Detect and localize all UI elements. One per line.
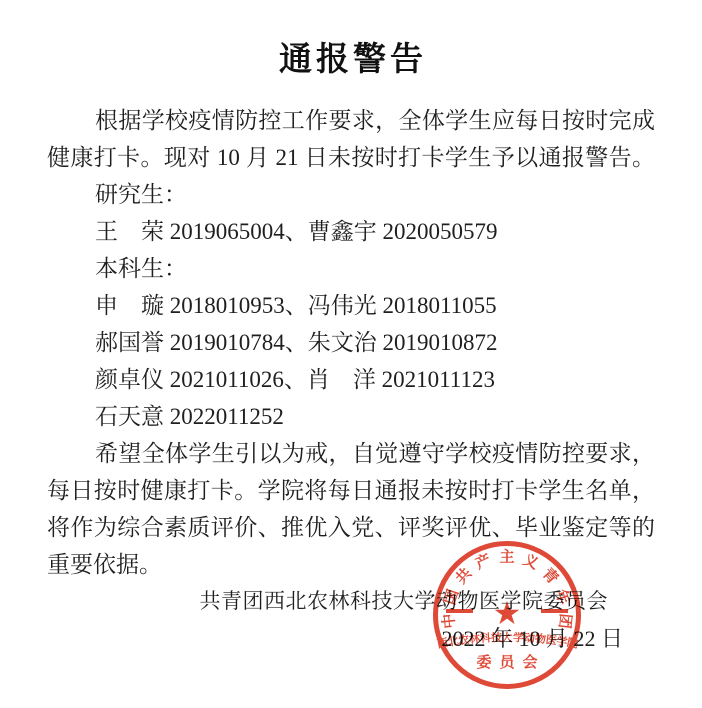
seal-org-char: 农 — [457, 635, 469, 647]
seal-left-bar — [446, 609, 473, 613]
graduate-names: 王 荣 2019065004、曹鑫宇 2020050579 — [47, 213, 655, 250]
official-seal: 中国共产主义青年团 ★ 西北农林科技大学动物医学院 委员会 — [433, 541, 581, 689]
closing-line-1: 希望全体学生引以为戒，自觉遵守学校疫情防控要求， — [47, 435, 655, 472]
seal-arc-char: 产 — [474, 553, 494, 573]
seal-org-char: 动 — [523, 633, 535, 645]
seal-arc-char: 中 — [442, 613, 458, 630]
document-body: 根据学校疫情防控工作要求，全体学生应每日按时完成 健康打卡。现对 10 月 21… — [47, 102, 655, 583]
seal-arc-char: 团 — [555, 613, 571, 630]
seal-org-char: 技 — [490, 633, 501, 644]
closing-line-2: 每日按时健康打卡。学院将每日通报未按时打卡学生名单， — [47, 472, 655, 509]
intro-line-1: 根据学校疫情防控工作要求，全体学生应每日按时完成 — [47, 102, 655, 139]
seal-arc-char: 青 — [539, 566, 560, 587]
seal-org-line1: 西北农林科技大学动物医学院 — [433, 633, 581, 644]
seal-org-char: 林 — [468, 634, 480, 646]
seal-right-bar — [541, 609, 568, 613]
undergraduate-names-4: 石天意 2022011252 — [47, 398, 655, 435]
undergraduate-label: 本科生： — [47, 250, 655, 287]
intro-line-2: 健康打卡。现对 10 月 21 日未按时打卡学生予以通报警告。 — [47, 139, 655, 176]
seal-org-char: 院 — [565, 638, 578, 651]
seal-arc-char: 主 — [499, 551, 514, 566]
seal-arc-char: 义 — [520, 553, 540, 573]
undergraduate-names-3: 颜卓仪 2021011026、肖 洋 2021011123 — [47, 361, 655, 398]
document-title: 通报警告 — [0, 40, 702, 80]
star-icon: ★ — [493, 597, 522, 629]
undergraduate-names-2: 郝国誉 2019010784、朱文治 2019010872 — [47, 324, 655, 361]
seal-arc-char: 年 — [552, 588, 571, 607]
seal-org-line2: 委员会 — [433, 656, 581, 671]
undergraduate-names-1: 申 璇 2018010953、冯伟光 2018011055 — [47, 287, 655, 324]
seal-arc-char: 共 — [454, 566, 475, 587]
seal-org-char: 学 — [512, 633, 523, 644]
seal-org-char: 科 — [479, 633, 491, 645]
seal-arc-char: 国 — [443, 588, 462, 607]
seal-org-char: 大 — [502, 633, 513, 644]
scanned-notice-page: 通报警告 根据学校疫情防控工作要求，全体学生应每日按时完成 健康打卡。现对 10… — [0, 0, 702, 708]
graduate-label: 研究生： — [47, 176, 655, 213]
